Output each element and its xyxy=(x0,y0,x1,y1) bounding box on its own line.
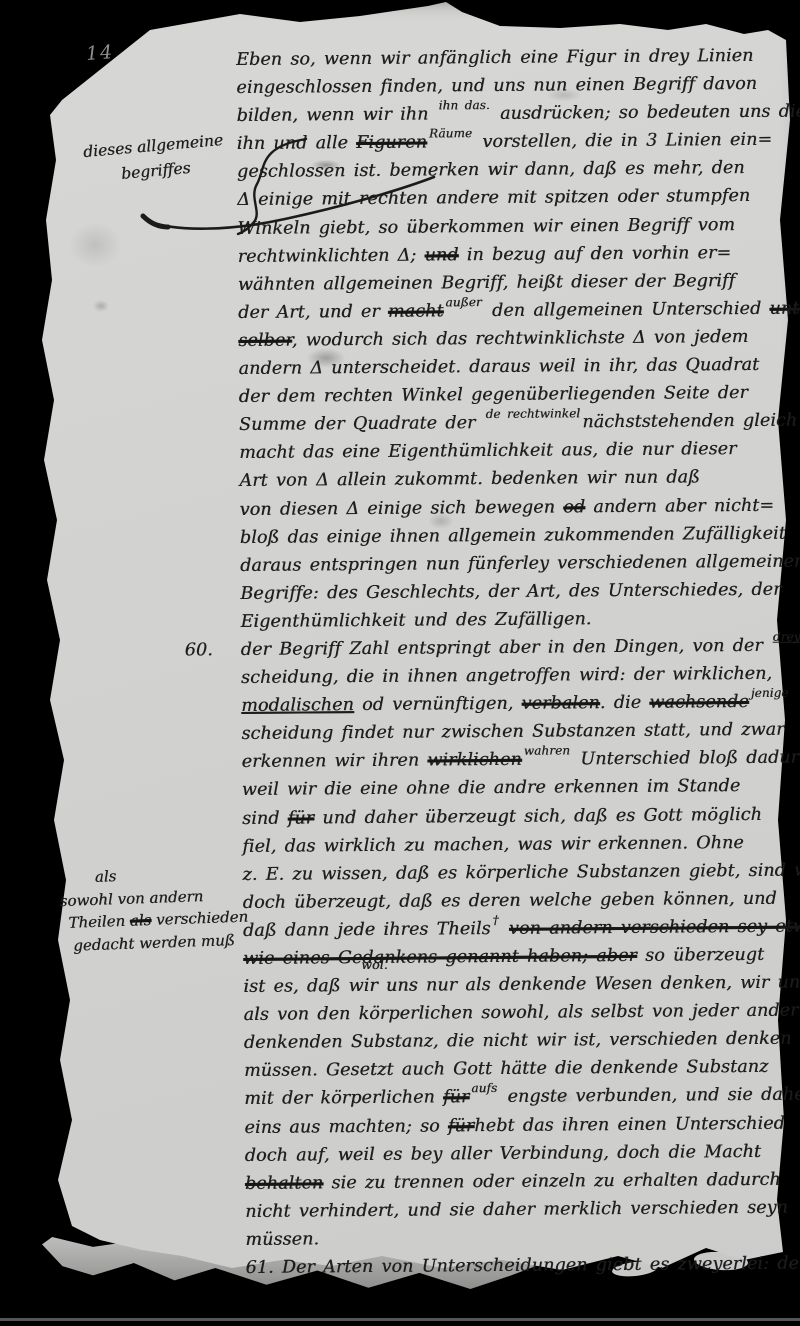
text-segment: jenige xyxy=(751,688,789,698)
text-segment: Art von Δ allein zukommt. bedenken wir n… xyxy=(239,468,700,492)
manuscript-line: bilden, wenn wir ihn ihn das. ausdrücken… xyxy=(236,98,788,130)
text-segment: z. E. zu wissen, daß es körperliche Subs… xyxy=(242,860,800,885)
text-segment: außer xyxy=(445,297,481,307)
scanner-edge-line xyxy=(0,1318,800,1321)
text-segment: aufs xyxy=(471,1083,497,1093)
text-segment: sie zu trennen oder einzeln zu erhalten … xyxy=(323,1170,781,1194)
text-segment: daraus entspringen nun fünferley verschi… xyxy=(240,551,800,575)
manuscript-line: daraus entspringen nun fünferley verschi… xyxy=(240,547,792,579)
manuscript-line: weil wir die eine ohne die andre erkenne… xyxy=(242,772,794,804)
manuscript-line: müssen. xyxy=(245,1222,797,1254)
text-segment: Theilen xyxy=(68,912,130,932)
text-segment: denkenden Substanz, die nicht wir ist, v… xyxy=(244,1029,792,1053)
manuscript-line: z. E. zu wissen, daß es körperliche Subs… xyxy=(242,856,794,888)
text-segment: ihn das. xyxy=(439,100,490,110)
text-segment: der Art, und er xyxy=(238,302,388,323)
text-segment: fiel, das wirklich zu machen, was wir er… xyxy=(242,833,744,857)
manuscript-line: mit der körperlichen füraufs engste verb… xyxy=(244,1081,796,1113)
text-segment: müssen. xyxy=(245,1229,319,1250)
manuscript-line: sind für und daher überzeugt sich, daß e… xyxy=(242,800,794,832)
manuscript-text-block: Eben so, wenn wir anfänglich eine Figur … xyxy=(236,42,798,1282)
text-segment: vorstellen, die in 3 Linien ein= xyxy=(474,130,772,152)
text-segment: Begriffe: des Geschlechts, der Art, des … xyxy=(240,580,781,604)
text-segment: rechtwinklichten Δ; xyxy=(238,245,425,266)
text-segment: in bezug auf den vorhin er= xyxy=(458,243,731,265)
text-segment: 61. Der Arten von Unterscheidungen giebt… xyxy=(246,1253,800,1278)
manuscript-line: von diesen Δ einige sich bewegen od ande… xyxy=(240,491,792,523)
manuscript-line: modalischen od vernünftigen, verbalen. d… xyxy=(241,688,793,720)
text-segment: Summe der Quadrate der xyxy=(239,413,484,435)
text-segment: und xyxy=(424,245,458,265)
text-segment: von diesen Δ einige sich bewegen xyxy=(240,497,564,520)
text-segment: andern aber nicht= xyxy=(585,495,774,516)
manuscript-line: Eigenthümlichkeit und des Zufälligen. xyxy=(240,604,792,636)
text-segment: behalten xyxy=(245,1173,323,1194)
text-segment: müssen. Gesetzt auch Gott hätte die denk… xyxy=(244,1057,769,1081)
text-segment: als xyxy=(130,911,152,930)
manuscript-line: macht das eine Eigenthümlichkeit aus, di… xyxy=(239,435,791,467)
text-segment: wirklichen xyxy=(427,750,522,771)
text-segment: dreyfachen xyxy=(773,631,800,643)
text-segment: von andern verschieden sey etwas xyxy=(509,916,800,939)
text-segment: für xyxy=(288,808,315,828)
text-segment: hebt das ihren einen Unterschied xyxy=(474,1113,785,1135)
text-segment: Figuren xyxy=(356,133,427,154)
manuscript-line: 61. Der Arten von Unterscheidungen giebt… xyxy=(245,1250,797,1282)
manuscript-line: Δ einige mit rechten andere mit spitzen … xyxy=(237,182,789,214)
text-segment: macht xyxy=(388,301,444,321)
text-segment: wachsende xyxy=(649,692,749,713)
text-segment: Unterschied bloß dadurch xyxy=(572,748,800,770)
manuscript-line: daß dann jede ihres Theils† von andern v… xyxy=(243,913,795,945)
manuscript-line: denkenden Substanz, die nicht wir ist, v… xyxy=(244,1025,796,1057)
text-segment: engste verbunden, und sie daher xyxy=(499,1085,800,1107)
text-segment: modalischen xyxy=(241,695,354,716)
text-segment: eingeschlossen finden, und uns nun einen… xyxy=(236,74,757,98)
manuscript-line: Eben so, wenn wir anfänglich eine Figur … xyxy=(236,42,788,74)
text-segment: † xyxy=(493,915,499,925)
text-segment: sowohl von andern xyxy=(59,887,203,910)
text-segment: und daher überzeugt sich, daß es Gott mö… xyxy=(314,804,762,828)
text-segment: so überzeugt xyxy=(637,945,764,966)
text-segment: für xyxy=(448,1116,475,1136)
text-segment: unter xyxy=(769,298,800,318)
text-segment: scheidung, die in ihnen angetroffen wird… xyxy=(241,664,772,688)
manuscript-line: ihn und alle FigurenRäume vorstellen, di… xyxy=(237,126,789,158)
text-segment: scheidung findet nur zwischen Substanzen… xyxy=(241,720,784,744)
text-segment: od vernünftigen, xyxy=(354,694,522,715)
text-segment: nicht verhindert, und sie daher merklich… xyxy=(245,1198,788,1222)
manuscript-line: behalten sie zu trennen oder einzeln zu … xyxy=(245,1165,797,1197)
manuscript-line: rechtwinklichten Δ; und in bezug auf den… xyxy=(238,238,790,270)
text-segment: geschlossen ist. bemerken wir dann, daß … xyxy=(237,158,745,182)
section-number: 60. xyxy=(185,636,213,664)
manuscript-line: 60.der Begriff Zahl entspringt aber in d… xyxy=(241,632,793,664)
text-segment: der Begriff Zahl entspringt aber in den … xyxy=(241,636,771,660)
text-segment: daß dann jede ihres Theils xyxy=(243,919,491,941)
manuscript-line: eingeschlossen finden, und uns nun einen… xyxy=(236,70,788,102)
manuscript-line: nicht verhindert, und sie daher merklich… xyxy=(245,1193,797,1225)
text-segment xyxy=(501,919,509,939)
margin-note-middle: alssowohl von andernTheilen als verschie… xyxy=(50,861,249,958)
text-segment: gedacht werden muß xyxy=(73,931,235,955)
manuscript-line: als von den körperlichen sowohl, als sel… xyxy=(244,997,796,1029)
manuscript-line: geschlossen ist. bemerken wir dann, daß … xyxy=(237,154,789,186)
text-segment: Eben so, wenn wir anfänglich eine Figur … xyxy=(236,46,754,70)
manuscript-line: Winkeln giebt, so überkommen wir einen B… xyxy=(237,210,789,242)
text-segment: als von den körperlichen sowohl, als sel… xyxy=(244,1001,800,1025)
text-segment: verbalen xyxy=(522,693,600,714)
manuscript-line: eins aus machten; so fürhebt das ihren e… xyxy=(244,1109,796,1141)
text-segment: für xyxy=(443,1088,470,1108)
text-segment: wähnten allgemeinen Begriff, heißt diese… xyxy=(238,271,735,295)
manuscript-line: wie eines Gedankens genannt haben; aberw… xyxy=(243,941,795,973)
text-segment: begriffes xyxy=(120,159,191,183)
manuscript-line: bloß das einige ihnen allgemein zukommen… xyxy=(240,519,792,551)
manuscript-line: selber, wodurch sich das rechtwinklichst… xyxy=(238,323,790,355)
text-segment: wahren xyxy=(524,746,570,756)
text-segment: mit der körperlichen xyxy=(244,1088,443,1110)
text-segment: doch überzeugt, daß es deren welche gebe… xyxy=(243,889,777,913)
manuscript-line: scheidung findet nur zwischen Substanzen… xyxy=(241,716,793,748)
text-segment: eins aus machten; so xyxy=(244,1116,448,1138)
text-segment: als xyxy=(95,867,117,886)
manuscript-line: Begriffe: des Geschlechts, der Art, des … xyxy=(240,575,792,607)
manuscript-line: ist es, daß wir uns nur als denkende Wes… xyxy=(243,969,795,1001)
text-segment: doch auf, weil es bey aller Verbindung, … xyxy=(245,1142,761,1166)
manuscript-line: andern Δ unterscheidet. daraus weil in i… xyxy=(238,351,790,383)
page-number: 14 xyxy=(85,41,115,65)
manuscript-line: scheidung, die in ihnen angetroffen wird… xyxy=(241,660,793,692)
text-segment: andern Δ unterscheidet. daraus weil in i… xyxy=(238,355,759,379)
text-segment: den allgemeinen Unterschied xyxy=(484,299,770,321)
text-segment: ihn und alle xyxy=(237,133,357,154)
text-segment: selber xyxy=(238,331,292,351)
text-segment: bilden, wenn wir ihn xyxy=(236,105,436,127)
text-segment: ausdrücken; so bedeuten uns dieses xyxy=(492,101,800,124)
text-segment: Unter= xyxy=(791,691,800,712)
text-segment: de rechtwinkel xyxy=(486,409,581,420)
text-segment: . die xyxy=(600,693,650,713)
manuscript-line: erkennen wir ihren wirklichenwahren Unte… xyxy=(242,744,794,776)
text-segment: weil wir die eine ohne die andre erkenne… xyxy=(242,777,741,801)
manuscript-line: wähnten allgemeinen Begriff, heißt diese… xyxy=(238,266,790,298)
text-segment: sind xyxy=(242,808,288,828)
manuscript-line: Summe der Quadrate der de rechtwinkelnäc… xyxy=(239,407,791,439)
text-segment: nächststehenden gleich ist, so xyxy=(582,410,800,432)
manuscript-line: doch auf, weil es bey aller Verbindung, … xyxy=(245,1137,797,1169)
text-segment: Räume xyxy=(429,128,472,138)
text-segment: od xyxy=(563,497,585,517)
manuscript-line: müssen. Gesetzt auch Gott hätte die denk… xyxy=(244,1053,796,1085)
text-segment: Eigenthümlichkeit und des Zufälligen. xyxy=(240,609,591,632)
text-segment: bloß das einige ihnen allgemein zukommen… xyxy=(240,523,786,547)
text-segment: , wodurch sich das rechtwinklichste Δ vo… xyxy=(292,327,749,351)
text-segment: erkennen wir ihren xyxy=(242,751,428,772)
text-segment: verschieden xyxy=(151,908,248,929)
manuscript-line: der Art, und er machtaußer den allgemein… xyxy=(238,295,790,327)
manuscript-line: Art von Δ allein zukommt. bedenken wir n… xyxy=(239,463,791,495)
text-segment: ist es, daß wir uns nur als denkende Wes… xyxy=(243,973,800,997)
text-segment: wie eines Gedankens genannt haben; aber xyxy=(243,946,637,969)
text-segment: der dem rechten Winkel gegenüberliegende… xyxy=(239,383,748,407)
text-segment: Winkeln giebt, so überkommen wir einen B… xyxy=(237,215,735,239)
manuscript-line: fiel, das wirklich zu machen, was wir er… xyxy=(242,828,794,860)
manuscript-line: doch überzeugt, daß es deren welche gebe… xyxy=(243,884,795,916)
manuscript-scan: 14 dieses allgemeinebegriffes alssowohl … xyxy=(0,0,800,1326)
text-segment: Δ einige mit rechten andere mit spitzen … xyxy=(237,186,750,210)
text-segment: macht das eine Eigenthümlichkeit aus, di… xyxy=(239,439,737,463)
